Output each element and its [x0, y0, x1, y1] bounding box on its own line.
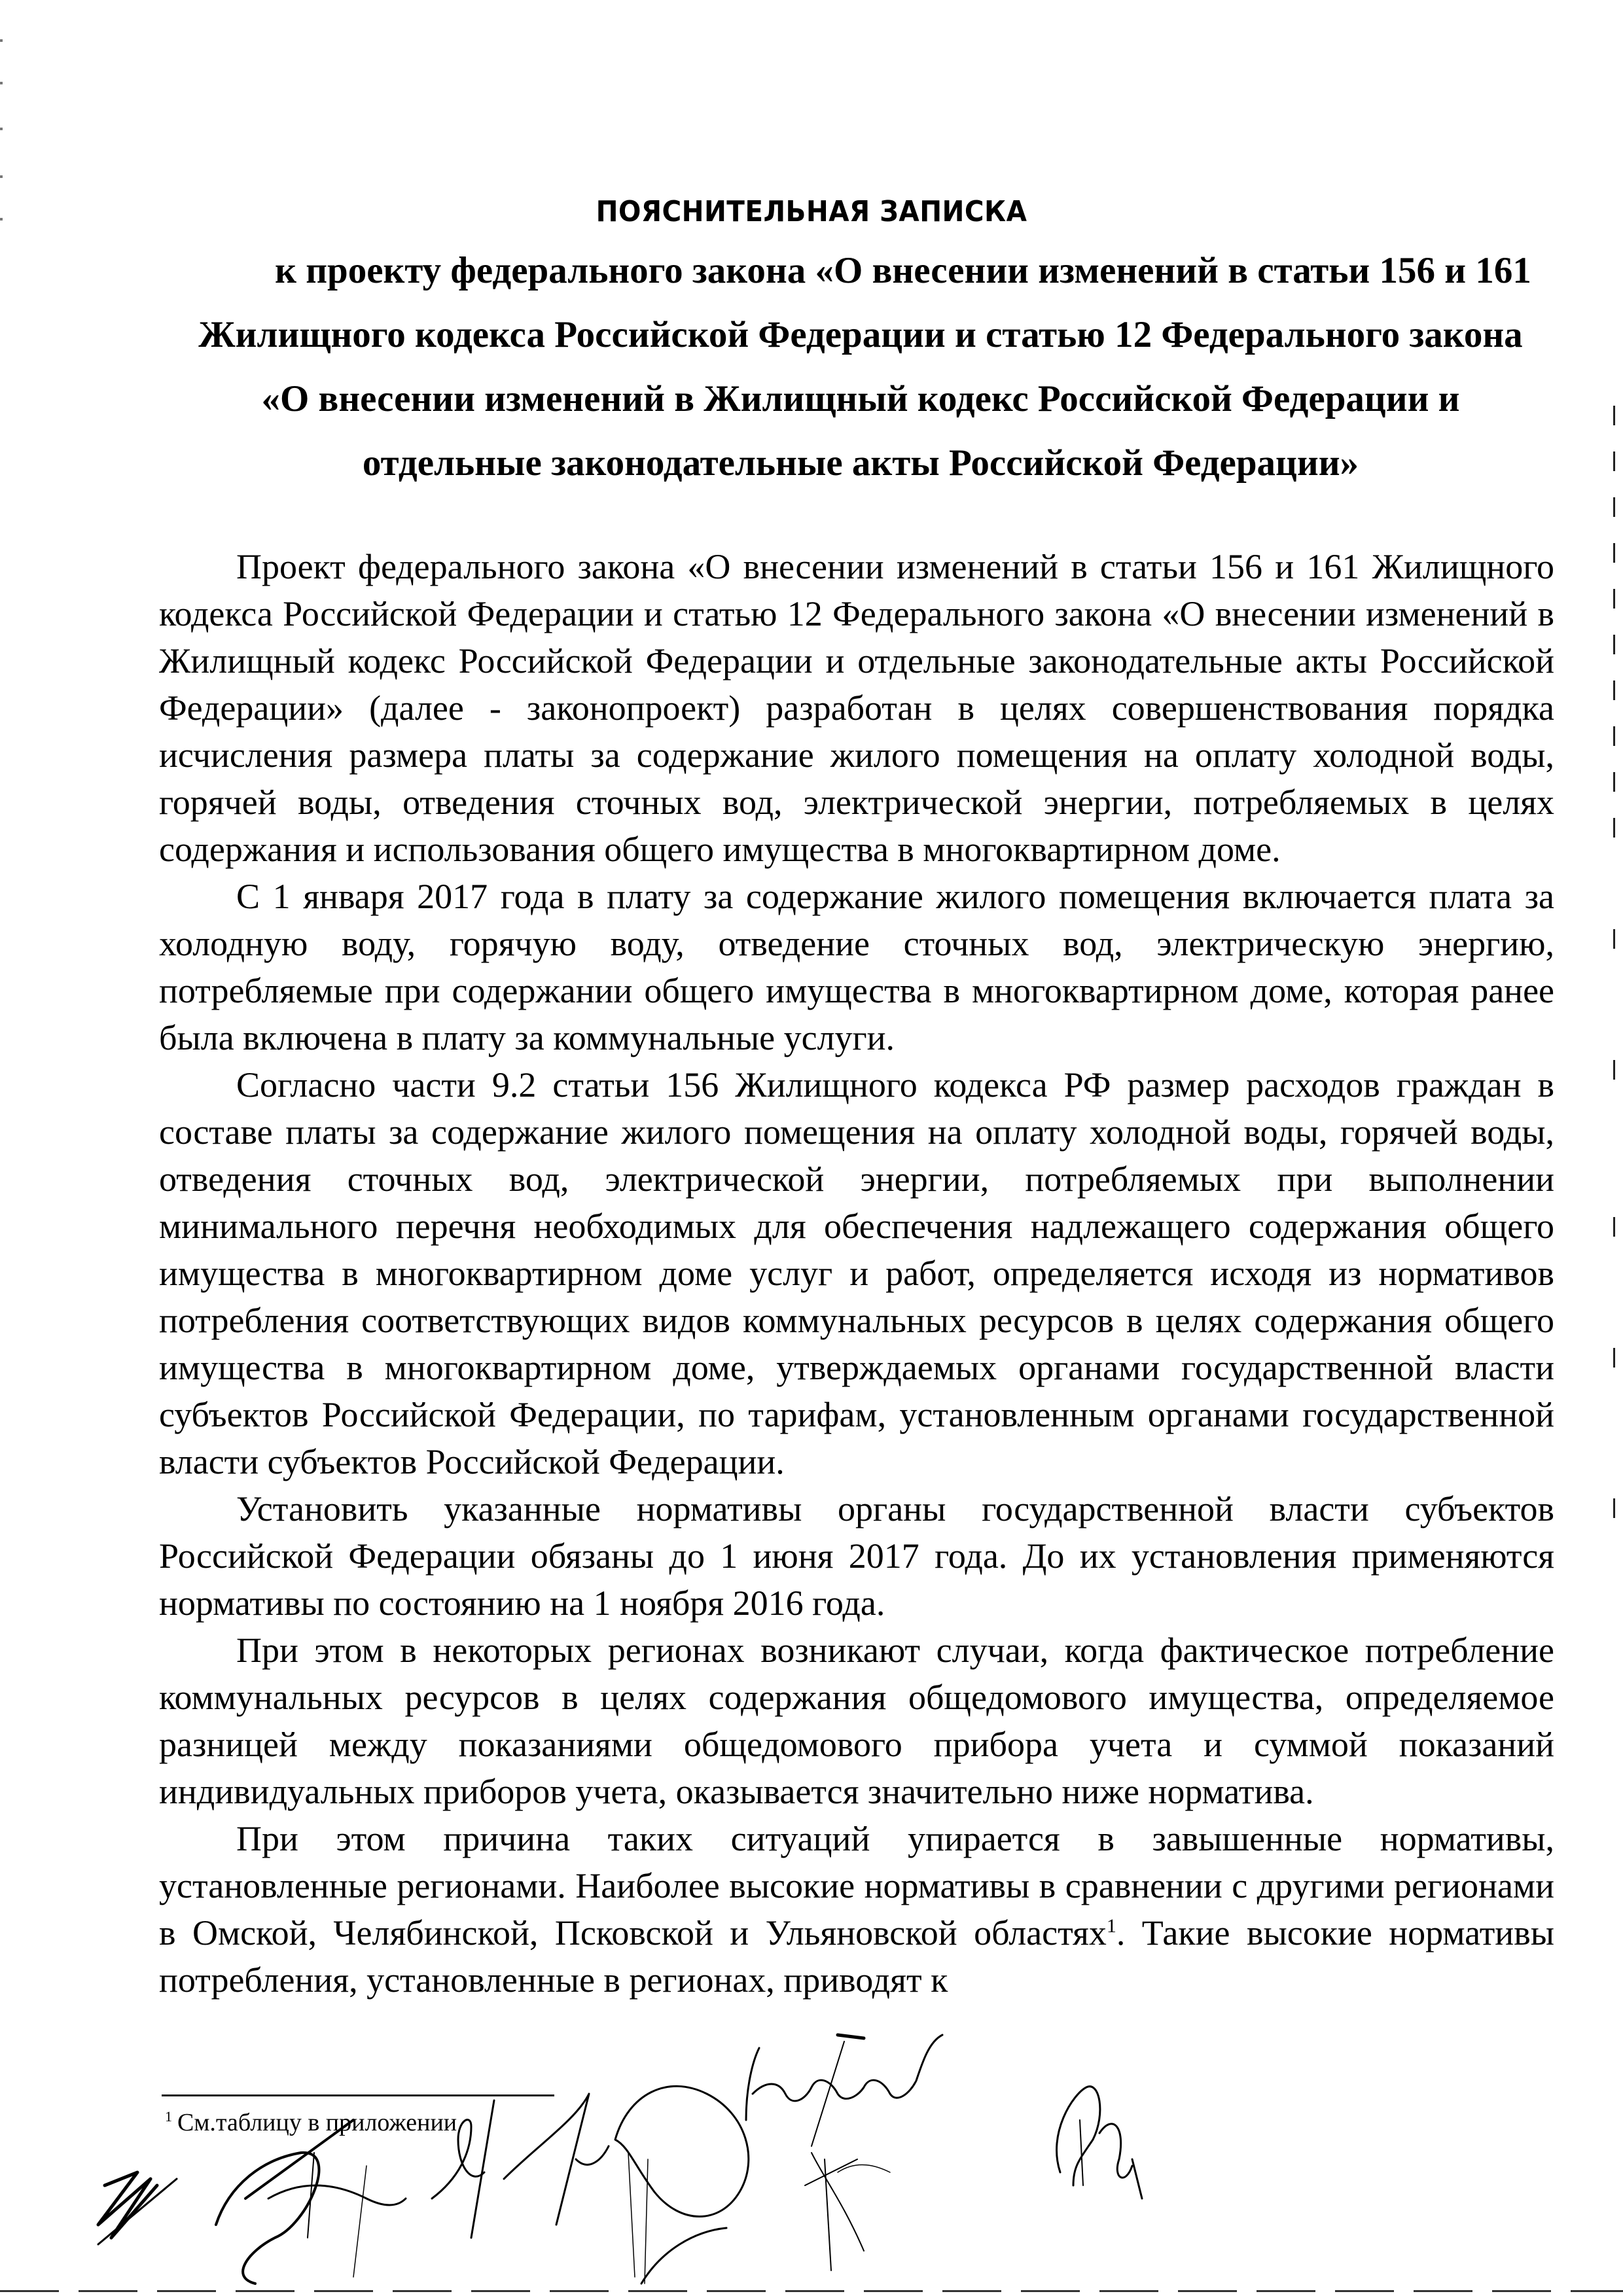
subtitle-line: отдельные законодательные акты Российско…: [157, 431, 1564, 495]
scan-margin-marks-right: [1597, 0, 1623, 2296]
document-body: Проект федерального закона «О внесении и…: [159, 543, 1554, 2004]
footnote-separator: [162, 2094, 554, 2096]
subtitle-line: «О внесении изменений в Жилищный кодекс …: [157, 367, 1564, 431]
subtitle-line: Жилищного кодекса Российской Федерации и…: [157, 303, 1564, 367]
paragraph: При этом в некоторых регионах возникают …: [159, 1627, 1554, 1815]
footnote-text: См.таблицу в приложении: [177, 2109, 457, 2136]
paragraph-with-footnote-ref: При этом причина таких ситуаций упираетс…: [159, 1815, 1554, 2004]
paragraph: Согласно части 9.2 статьи 156 Жилищного …: [159, 1061, 1554, 1485]
paragraph: Проект федерального закона «О внесении и…: [159, 543, 1554, 873]
paragraph: Установить указанные нормативы органы го…: [159, 1485, 1554, 1627]
paragraph: С 1 января 2017 года в плату за содержан…: [159, 873, 1554, 1061]
handwritten-signatures: [0, 2015, 1623, 2296]
footnote-reference[interactable]: 1: [1107, 1915, 1116, 1937]
subtitle-line: к проекту федерального закона «О внесени…: [157, 239, 1564, 303]
document-title: ПОЯСНИТЕЛЬНАЯ ЗАПИСКА: [65, 195, 1558, 228]
footnote: 1См.таблицу в приложении: [165, 2108, 457, 2137]
document-subtitle: к проекту федерального закона «О внесени…: [157, 239, 1564, 495]
document-page: ПОЯСНИТЕЛЬНАЯ ЗАПИСКА к проекту федераль…: [0, 0, 1623, 2296]
scan-bottom-edge: [0, 2290, 1623, 2292]
footnote-mark: 1: [165, 2108, 172, 2125]
